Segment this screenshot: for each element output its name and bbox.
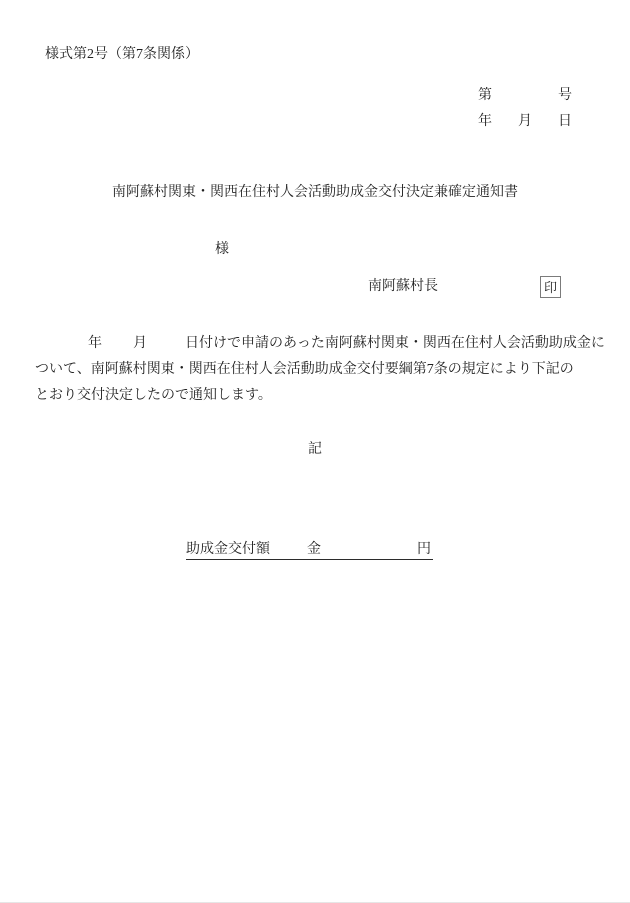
- grant-currency-suffix: 円: [417, 541, 431, 559]
- sender-name: 南阿蘇村長: [368, 278, 438, 296]
- body-paragraph-line-1: 年月日付けで申請のあった南阿蘇村関東・関西在住村人会活動助成金に: [35, 335, 605, 353]
- seal-mark: 印: [544, 281, 557, 294]
- recipient-honorific: 様: [215, 241, 229, 259]
- document-number-prefix: 第: [478, 87, 492, 105]
- body-line-1-text: 日付けで申請のあった南阿蘇村関東・関西在住村人会活動助成金に: [185, 336, 605, 351]
- document-number-suffix: 号: [558, 87, 572, 105]
- date-year-label: 年: [478, 113, 492, 131]
- body-year-label: 年: [88, 336, 102, 351]
- body-paragraph-line-2: ついて、南阿蘇村関東・関西在住村人会活動助成金交付要綱第7条の規定により下記の: [35, 361, 574, 379]
- document-date-row: 年 月 日: [478, 113, 572, 131]
- grant-currency-prefix: 金: [307, 541, 321, 559]
- date-month-label: 月: [518, 113, 532, 131]
- seal-box: 印: [540, 276, 561, 298]
- document-number-row: 第 号: [478, 87, 572, 105]
- document-page: 様式第2号（第7条関係） 第 号 年 月 日 南阿蘇村関東・関西在住村人会活動助…: [0, 0, 630, 903]
- document-title: 南阿蘇村関東・関西在住村人会活動助成金交付決定兼確定通知書: [0, 184, 630, 202]
- grant-amount-line: 助成金交付額 金 円: [186, 541, 433, 560]
- body-month-label: 月: [133, 336, 147, 351]
- grant-amount-label: 助成金交付額: [186, 541, 270, 559]
- date-day-label: 日: [558, 113, 572, 131]
- body-paragraph-line-3: とおり交付決定したので通知します。: [35, 387, 272, 405]
- form-number: 様式第2号（第7条関係）: [45, 46, 199, 64]
- section-marker: 記: [0, 441, 630, 459]
